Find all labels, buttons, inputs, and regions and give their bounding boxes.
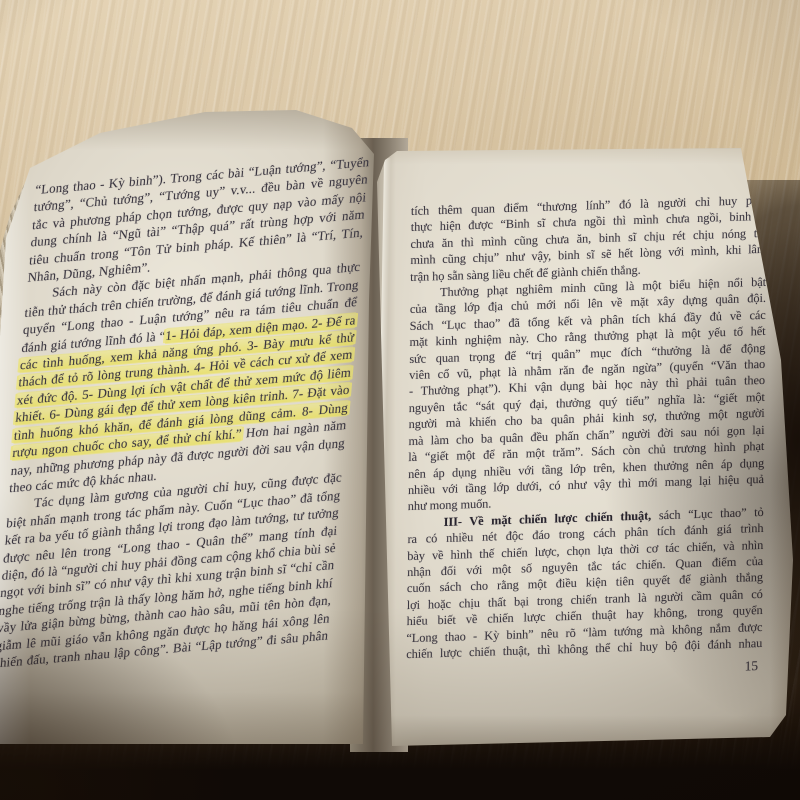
left-page: “Long thao - Kỳ binh”). Trong các bài “L… xyxy=(0,105,380,750)
text-segment: như mong muốn. xyxy=(408,497,492,514)
page-number: 15 xyxy=(406,658,762,686)
text-segment: sách “Lục thao” tỏ xyxy=(651,505,764,523)
book-photo-scene: “Long thao - Kỳ binh”). Trong các bài “L… xyxy=(0,0,800,800)
right-page: tích thêm quan điểm “thương lính” đó là … xyxy=(370,140,800,752)
left-page-text: “Long thao - Kỳ binh”). Trong các bài “L… xyxy=(0,154,370,673)
right-page-text: tích thêm quan điểm “thương lính” đó là … xyxy=(406,192,767,686)
